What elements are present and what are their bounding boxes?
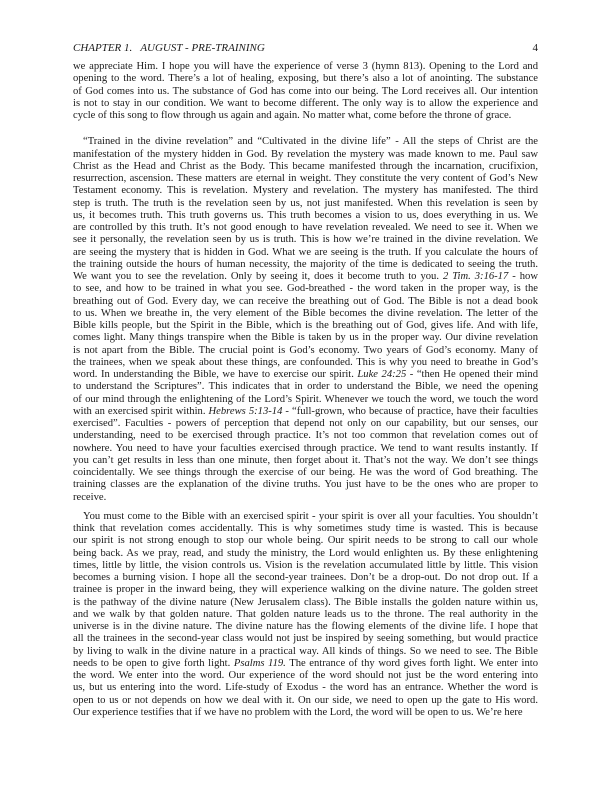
chapter-title: CHAPTER 1. AUGUST - PRE-TRAINING bbox=[73, 42, 265, 54]
text-line: Testament economy. This is revelation. M… bbox=[73, 185, 538, 197]
text-line: Bible kills people, but the Spirit in th… bbox=[73, 320, 538, 332]
text-line: our spirit is not strong enough to stop … bbox=[73, 535, 538, 547]
text-line: to understand the Scriptures”. This indi… bbox=[73, 381, 538, 393]
text-line: times, little by little, the vision cont… bbox=[73, 560, 538, 572]
scripture-reference: 2 Tim. 3:16-17 bbox=[443, 271, 508, 282]
text-line: exercised”. Faculties - powers of percep… bbox=[73, 418, 538, 430]
text-line: by living to walk in the divine nature i… bbox=[73, 646, 538, 658]
text-line: receive. bbox=[73, 492, 538, 504]
text-line: being back. As we pray, read, and study … bbox=[73, 548, 538, 560]
text-line: becomes a burning vision. I hope all the… bbox=[73, 572, 538, 584]
text-line: needs to be open to give forth light. Ps… bbox=[73, 658, 538, 670]
text-line: universe is in the divine nature. The di… bbox=[73, 621, 538, 633]
text-line: see it personally, the revelation seen b… bbox=[73, 234, 538, 246]
text-line: Our experience testifies that if we have… bbox=[73, 707, 538, 719]
text-line: resurrection, ascension. These matters a… bbox=[73, 173, 538, 185]
text-line: “Trained in the divine revelation” and “… bbox=[73, 136, 538, 148]
text-line: nowhere. You need to have your faculties… bbox=[73, 443, 538, 455]
text-line: with an exercised spirit within. Hebrews… bbox=[73, 406, 538, 418]
text-line: of our mind through the enlightening of … bbox=[73, 394, 538, 406]
text-line: You must come to the Bible with an exerc… bbox=[73, 511, 538, 523]
text-line: the training outside the hours of human … bbox=[73, 259, 538, 271]
page-number: 4 bbox=[533, 42, 539, 54]
document-body: we appreciate Him. I hope you will have … bbox=[73, 61, 538, 719]
text-line: us, it becomes truth. This truth governs… bbox=[73, 210, 538, 222]
scripture-reference: Hebrews 5:13-14 bbox=[209, 406, 283, 417]
text-line: of God comes into us. The substance of G… bbox=[73, 86, 538, 98]
text-line: and we walk by that golden nature. That … bbox=[73, 609, 538, 621]
text-line: you can’t get results in less than one m… bbox=[73, 455, 538, 467]
text-line: cycle of this song to flow through us ag… bbox=[73, 110, 538, 122]
text-line: is not apart from the Bible. The crucial… bbox=[73, 345, 538, 357]
text-line: word. In understanding the Bible, we hav… bbox=[73, 369, 538, 381]
text-line: trainee is proper in the inward being, t… bbox=[73, 584, 538, 596]
text-line: opening to the word. There’s a lot of he… bbox=[73, 73, 538, 85]
text-line: manifestation of the mystery hidden in G… bbox=[73, 149, 538, 161]
paragraph-3: You must come to the Bible with an exerc… bbox=[73, 511, 538, 719]
text-line: We want you to see the revelation. Only … bbox=[73, 271, 538, 283]
text-line: the word. We enter into the word. Our ex… bbox=[73, 670, 538, 682]
text-line: coincidentally. We see things through th… bbox=[73, 467, 538, 479]
text-line: is not to stay in our condition. We want… bbox=[73, 98, 538, 110]
text-line: the trainees, when we speak about these … bbox=[73, 357, 538, 369]
scripture-reference: Luke 24:25 bbox=[357, 369, 406, 380]
text-line: are controlled by this truth. It’s not g… bbox=[73, 222, 538, 234]
text-line: us, but us entering into the word. Life-… bbox=[73, 682, 538, 694]
text-line: we appreciate Him. I hope you will have … bbox=[73, 61, 538, 73]
text-line: open to us or not depends on how we deal… bbox=[73, 695, 538, 707]
text-line: training classes are the explanation of … bbox=[73, 479, 538, 491]
running-header: CHAPTER 1. AUGUST - PRE-TRAINING 4 bbox=[73, 42, 538, 56]
text-line: understanding, need to be exercised thro… bbox=[73, 430, 538, 442]
text-line: breathing out of God. Every day, we can … bbox=[73, 296, 538, 308]
text-line: to see, and how to be trained in what yo… bbox=[73, 283, 538, 295]
text-line: to us. When we breathe in, the very elem… bbox=[73, 308, 538, 320]
paragraph-2: “Trained in the divine revelation” and “… bbox=[73, 136, 538, 504]
text-line: all the trainees in the second-year clas… bbox=[73, 633, 538, 645]
text-line: comes light. Many things transpire when … bbox=[73, 332, 538, 344]
paragraph-1: we appreciate Him. I hope you will have … bbox=[73, 61, 538, 122]
text-line: think that revelation comes accidentally… bbox=[73, 523, 538, 535]
text-line: is the pathway of the divine nature (New… bbox=[73, 597, 538, 609]
scripture-reference: Psalms 119. bbox=[234, 658, 286, 669]
text-line: Christ as the Head and Christ as the Bod… bbox=[73, 161, 538, 173]
text-line: are seeing the mystery that is hidden in… bbox=[73, 247, 538, 259]
text-line: step is truth. The truth is the revelati… bbox=[73, 198, 538, 210]
